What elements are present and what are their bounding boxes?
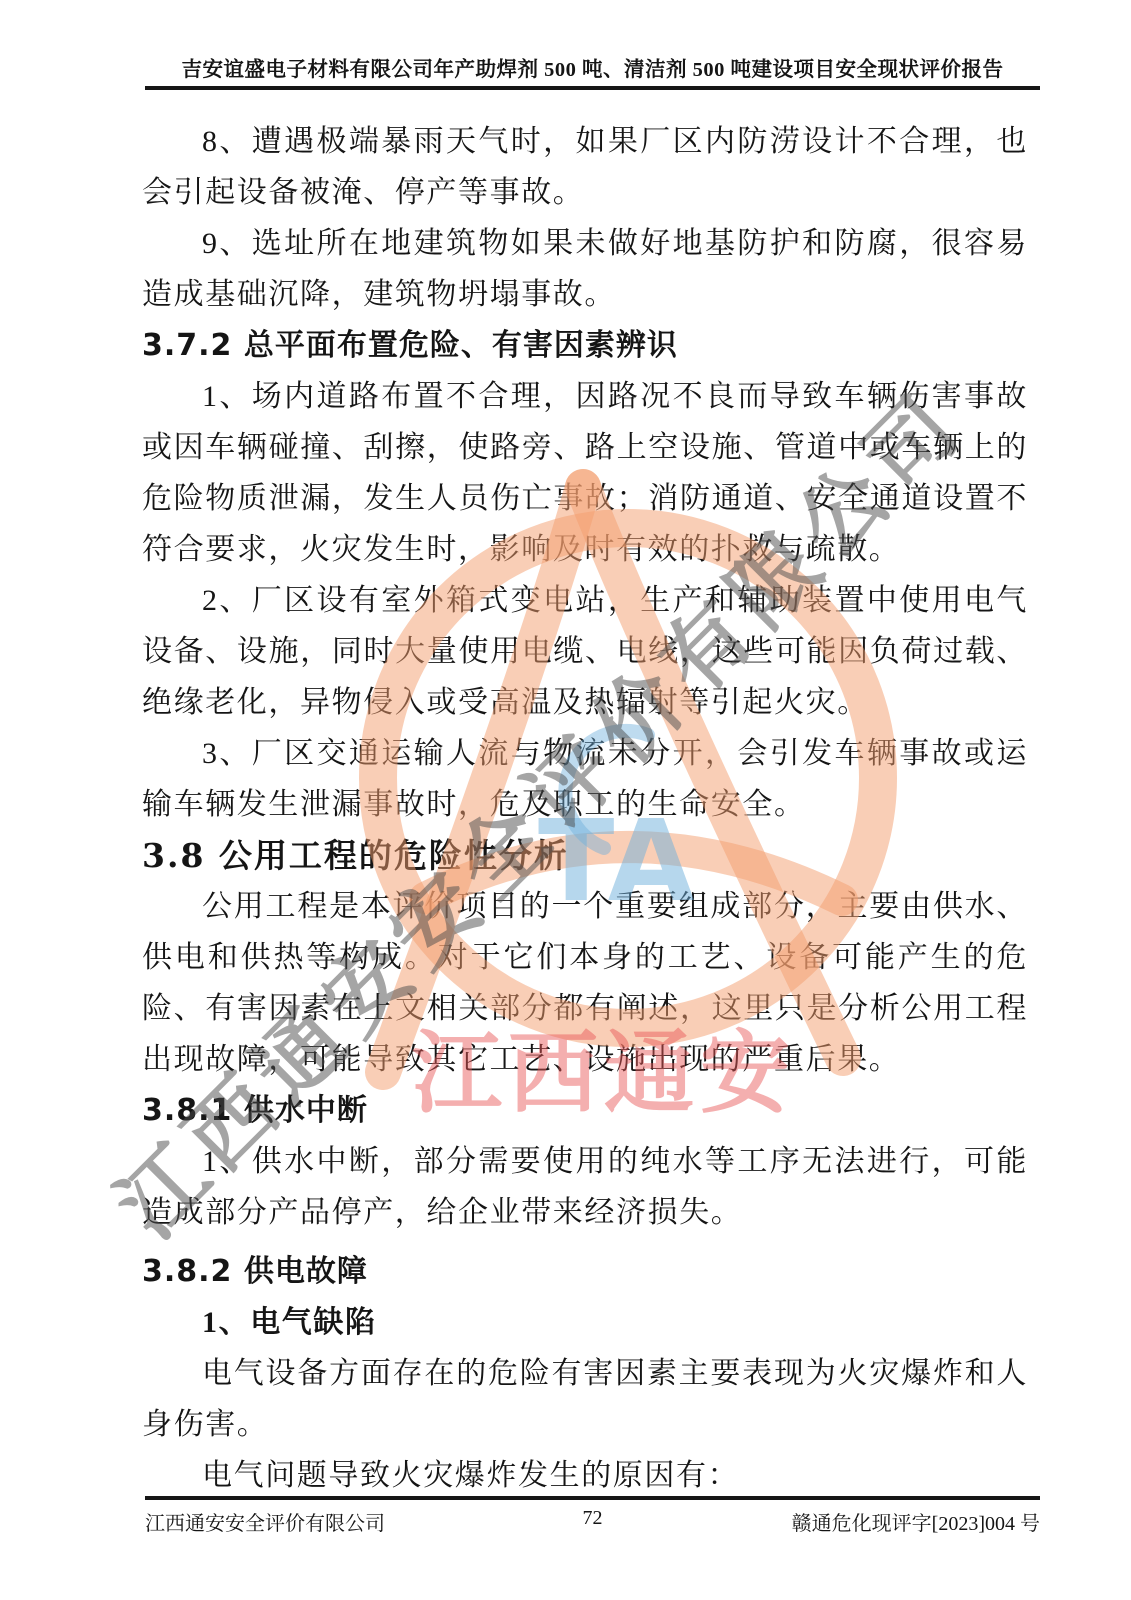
subheading-382-1: 1、电气缺陷: [142, 1297, 1028, 1348]
heading-3-7-2: 3.7.2 总平面布置危险、有害因素辨识: [142, 320, 1028, 371]
heading-3-8-2: 3.8.2 供电故障: [142, 1246, 1028, 1297]
paragraph-372-1: 1、场内道路布置不合理，因路况不良而导致车辆伤害事故或因车辆碰撞、刮擦，使路旁、…: [142, 371, 1028, 575]
paragraph-9: 9、选址所在地建筑物如果未做好地基防护和防腐，很容易造成基础沉降，建筑物坍塌事故…: [142, 218, 1028, 320]
heading-3-8: 3.8 公用工程的危险性分析: [142, 830, 1028, 881]
document-body: 8、遭遇极端暴雨天气时，如果厂区内防涝设计不合理，也会引起设备被淹、停产等事故。…: [142, 116, 1028, 1501]
footer-doc-number: 赣通危化现评字[2023]004 号: [792, 1507, 1040, 1536]
report-page: 吉安谊盛电子材料有限公司年产助焊剂 500 吨、清洁剂 500 吨建设项目安全现…: [0, 0, 1131, 1600]
header-rule: [145, 86, 1040, 90]
paragraph-372-2: 2、厂区设有室外箱式变电站，生产和辅助装置中使用电气设备、设施，同时大量使用电缆…: [142, 575, 1028, 728]
footer-rule: [145, 1496, 1040, 1500]
page-header-title: 吉安谊盛电子材料有限公司年产助焊剂 500 吨、清洁剂 500 吨建设项目安全现…: [145, 52, 1040, 82]
paragraph-38: 公用工程是本评价项目的一个重要组成部分，主要由供水、供电和供热等构成。对于它们本…: [142, 881, 1028, 1085]
page-footer: 江西通安安全评价有限公司 72 赣通危化现评字[2023]004 号: [145, 1507, 1040, 1537]
heading-3-8-1: 3.8.1 供水中断: [142, 1085, 1028, 1136]
paragraph-372-3: 3、厂区交通运输人流与物流未分开，会引发车辆事故或运输车辆发生泄漏事故时，危及职…: [142, 728, 1028, 830]
paragraph-382-1: 电气设备方面存在的危险有害因素主要表现为火灾爆炸和人身伤害。: [142, 1348, 1028, 1450]
paragraph-381-1: 1、供水中断，部分需要使用的纯水等工序无法进行，可能造成部分产品停产，给企业带来…: [142, 1136, 1028, 1238]
paragraph-382-2: 电气问题导致火灾爆炸发生的原因有：: [142, 1450, 1028, 1501]
paragraph-8: 8、遭遇极端暴雨天气时，如果厂区内防涝设计不合理，也会引起设备被淹、停产等事故。: [142, 116, 1028, 218]
